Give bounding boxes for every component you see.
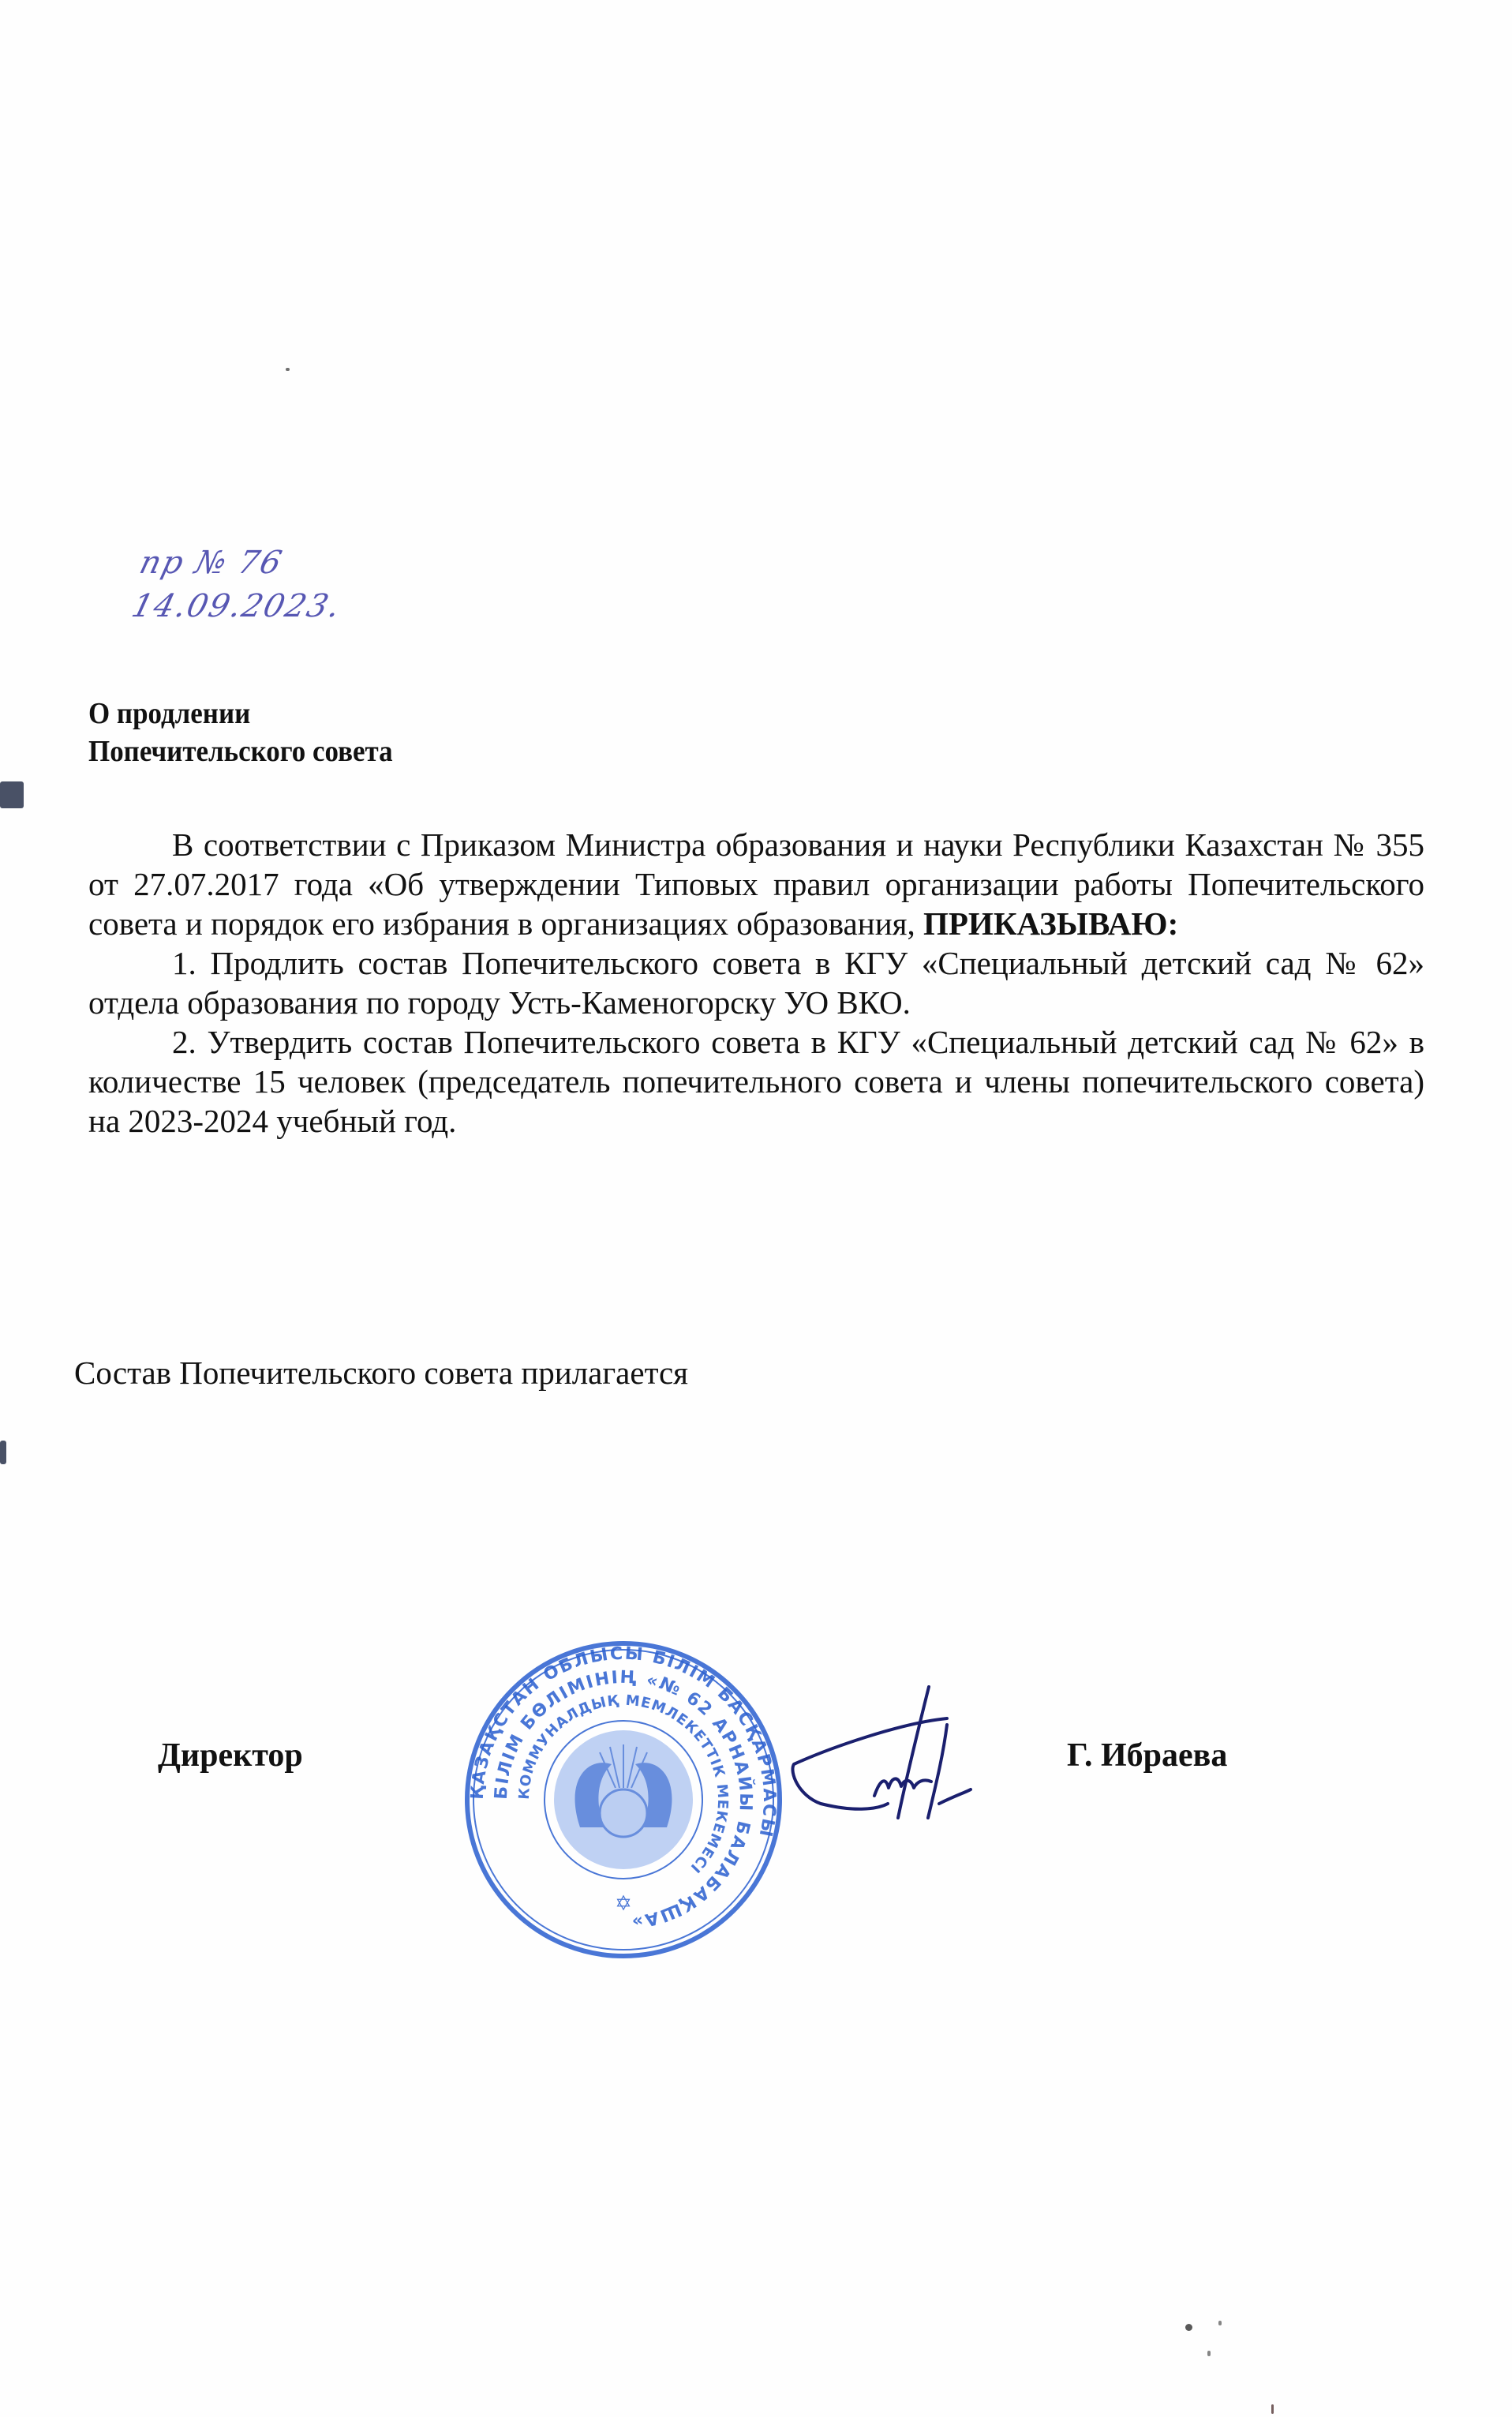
document-subject: О продлении Попечительского совета: [88, 695, 393, 770]
official-stamp: ҚАЗАҚСТАН ОБЛЫСЫ БІЛІМ БАСҚАРМАСЫ БІЛІМ …: [462, 1638, 785, 1962]
order-item-1-number: 1.: [172, 945, 196, 981]
svg-text:✡: ✡: [615, 1892, 632, 1915]
preamble-paragraph: В соответствии с Приказом Министра образ…: [88, 825, 1424, 943]
scan-mark: [1218, 2321, 1222, 2325]
scan-mark: [1185, 2324, 1192, 2331]
preamble-text: В соответствии с Приказом Министра образ…: [88, 826, 1424, 942]
signature-icon: [781, 1677, 1034, 1819]
signatory-role: Директор: [158, 1737, 303, 1774]
registration-note-number: пр № 76: [136, 545, 286, 581]
subject-line-1: О продлении: [88, 695, 393, 733]
scan-speck: [286, 368, 290, 371]
order-item-2-text: Утвердить состав Попечительского совета …: [88, 1024, 1424, 1139]
order-item-2: 2. Утвердить состав Попечительского сове…: [88, 1022, 1424, 1141]
order-item-2-number: 2.: [172, 1024, 196, 1060]
order-item-1-text: Продлить состав Попечительского совета в…: [88, 945, 1424, 1021]
order-word: ПРИКАЗЫВАЮ:: [923, 905, 1178, 942]
scan-artifact-bottom: [0, 1441, 6, 1464]
handwritten-signature: [781, 1677, 1034, 1819]
attachment-note: Состав Попечительского совета прилагаетс…: [74, 1354, 688, 1392]
document-body: В соответствии с Приказом Министра образ…: [88, 825, 1424, 1141]
stamp-icon: ҚАЗАҚСТАН ОБЛЫСЫ БІЛІМ БАСҚАРМАСЫ БІЛІМ …: [462, 1638, 785, 1962]
scan-mark: [1207, 2351, 1211, 2356]
registration-note-date: 14.09.2023.: [128, 588, 345, 624]
scan-artifact-top: [0, 781, 24, 808]
scan-mark: [1271, 2404, 1274, 2414]
subject-line-2: Попечительского совета: [88, 733, 393, 770]
order-item-1: 1. Продлить состав Попечительского совет…: [88, 943, 1424, 1022]
signatory-name: Г. Ибраева: [1067, 1737, 1227, 1774]
